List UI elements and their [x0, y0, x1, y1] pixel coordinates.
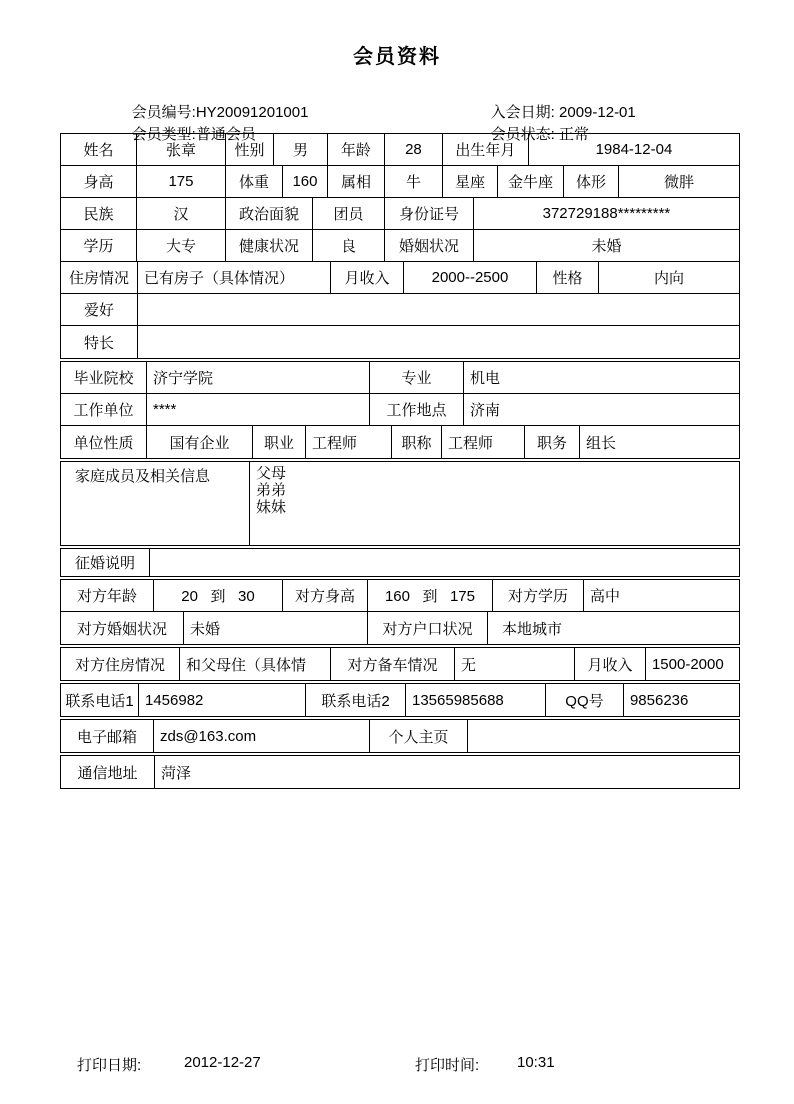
age-label: 年龄 — [328, 134, 385, 165]
form-group: 毕业院校济宁学院专业机电工作单位****工作地点济南单位性质国有企业职业工程师职… — [60, 361, 740, 459]
education-value: 大专 — [137, 230, 226, 261]
form-row: 对方住房情况和父母住（具体情对方备车情况无月收入1500-2000 — [61, 648, 739, 680]
health-label: 健康状况 — [226, 230, 313, 261]
name-value: 张章 — [137, 134, 226, 165]
id-number-label: 身份证号 — [385, 198, 474, 229]
form-row: 民族汉政治面貌团员身份证号372729188********* — [61, 198, 739, 230]
form-group: 电子邮箱zds@163.com个人主页 — [60, 719, 740, 753]
major-value: 机电 — [464, 362, 739, 393]
form-row: 工作单位****工作地点济南 — [61, 394, 739, 426]
form-group: 姓名张章性别男年龄28出生年月1984-12-04身高175体重160属相牛星座… — [60, 133, 740, 359]
form-row: 对方婚姻状况未婚对方户口状况本地城市 — [61, 612, 739, 644]
gender-value: 男 — [274, 134, 328, 165]
marriage-note-label: 征婚说明 — [61, 549, 150, 576]
phone2-label: 联系电话2 — [306, 684, 406, 716]
form-row: 住房情况已有房子（具体情况）月收入2000--2500性格内向 — [61, 262, 739, 294]
political-status-label: 政治面貌 — [226, 198, 313, 229]
form-row: 身高175体重160属相牛星座金牛座体形微胖 — [61, 166, 739, 198]
ethnicity-label: 民族 — [61, 198, 137, 229]
address-label: 通信地址 — [61, 756, 155, 788]
constellation-label: 星座 — [443, 166, 498, 197]
partner-residence-value: 本地城市 — [488, 612, 739, 644]
height-value: 175 — [137, 166, 226, 197]
form-group: 征婚说明 — [60, 548, 740, 577]
form-row: 学历大专健康状况良婚姻状况未婚 — [61, 230, 739, 262]
form-row: 毕业院校济宁学院专业机电 — [61, 362, 739, 394]
job-title-value: 工程师 — [442, 426, 525, 458]
email-label: 电子邮箱 — [61, 720, 154, 752]
political-status-value: 团员 — [313, 198, 385, 229]
print-time-label: 打印时间: — [415, 1054, 479, 1075]
partner-height-value: 160 到 175 — [368, 580, 493, 611]
partner-age-value: 20 到 30 — [154, 580, 283, 611]
height-label: 身高 — [61, 166, 137, 197]
partner-education-value: 高中 — [584, 580, 739, 611]
id-number-value: 372729188********* — [474, 198, 739, 229]
school-label: 毕业院校 — [61, 362, 147, 393]
partner-income-value: 1500-2000 — [646, 648, 739, 680]
birth-value: 1984-12-04 — [529, 134, 739, 165]
form-group: 对方年龄20 到 30对方身高160 到 175对方学历高中对方婚姻状况未婚对方… — [60, 579, 740, 645]
email-value: zds@163.com — [154, 720, 370, 752]
partner-height-label: 对方身高 — [283, 580, 368, 611]
employer-value: **** — [147, 394, 370, 425]
zodiac-value: 牛 — [385, 166, 443, 197]
body-type-label: 体形 — [564, 166, 619, 197]
partner-income-label: 月收入 — [575, 648, 646, 680]
address-value: 菏泽 — [155, 756, 739, 788]
form-row: 姓名张章性别男年龄28出生年月1984-12-04 — [61, 134, 739, 166]
personality-value: 内向 — [599, 262, 739, 293]
job-title-label: 职称 — [392, 426, 442, 458]
form-group: 对方住房情况和父母住（具体情对方备车情况无月收入1500-2000 — [60, 647, 740, 681]
form-row: 单位性质国有企业职业工程师职称工程师职务组长 — [61, 426, 739, 458]
form-row: 爱好 — [61, 294, 739, 326]
monthly-income-label: 月收入 — [331, 262, 404, 293]
hobby-value — [138, 294, 739, 325]
partner-marital-value: 未婚 — [184, 612, 368, 644]
partner-car-label: 对方备车情况 — [331, 648, 455, 680]
family-value: 父母弟弟妹妹 — [250, 462, 739, 545]
form-row: 对方年龄20 到 30对方身高160 到 175对方学历高中 — [61, 580, 739, 612]
work-place-value: 济南 — [464, 394, 739, 425]
weight-value: 160 — [283, 166, 328, 197]
marital-status-label: 婚姻状况 — [385, 230, 474, 261]
partner-age-label: 对方年龄 — [61, 580, 154, 611]
form-row: 家庭成员及相关信息父母弟弟妹妹 — [61, 462, 739, 545]
phone2-value: 13565985688 — [406, 684, 546, 716]
qq-label: QQ号 — [546, 684, 624, 716]
education-label: 学历 — [61, 230, 137, 261]
monthly-income-value: 2000--2500 — [404, 262, 537, 293]
phone1-value: 1456982 — [139, 684, 306, 716]
partner-housing-label: 对方住房情况 — [61, 648, 180, 680]
occupation-label: 职业 — [253, 426, 306, 458]
position-label: 职务 — [525, 426, 580, 458]
ethnicity-value: 汉 — [137, 198, 226, 229]
gender-label: 性别 — [226, 134, 274, 165]
partner-residence-label: 对方户口状况 — [368, 612, 488, 644]
phone1-label: 联系电话1 — [61, 684, 139, 716]
specialty-value — [138, 326, 739, 358]
print-time-value: 10:31 — [517, 1054, 555, 1071]
form-group: 家庭成员及相关信息父母弟弟妹妹 — [60, 461, 740, 546]
partner-car-value: 无 — [455, 648, 575, 680]
zodiac-label: 属相 — [328, 166, 385, 197]
occupation-value: 工程师 — [306, 426, 392, 458]
form-row: 电子邮箱zds@163.com个人主页 — [61, 720, 739, 752]
family-label: 家庭成员及相关信息 — [61, 462, 250, 545]
page-title: 会员资料 — [0, 40, 794, 69]
homepage-value — [468, 720, 739, 752]
homepage-label: 个人主页 — [370, 720, 468, 752]
form-group: 通信地址菏泽 — [60, 755, 740, 789]
form-group: 联系电话11456982联系电话213565985688QQ号9856236 — [60, 683, 740, 717]
hobby-label: 爱好 — [61, 294, 138, 325]
partner-marital-label: 对方婚姻状况 — [61, 612, 184, 644]
personality-label: 性格 — [537, 262, 599, 293]
name-label: 姓名 — [61, 134, 137, 165]
print-date-value: 2012-12-27 — [184, 1054, 261, 1071]
body-type-value: 微胖 — [619, 166, 739, 197]
form-row: 通信地址菏泽 — [61, 756, 739, 788]
employer-label: 工作单位 — [61, 394, 147, 425]
health-value: 良 — [313, 230, 385, 261]
qq-value: 9856236 — [624, 684, 739, 716]
position-value: 组长 — [580, 426, 739, 458]
employer-type-value: 国有企业 — [147, 426, 253, 458]
constellation-value: 金牛座 — [498, 166, 564, 197]
school-value: 济宁学院 — [147, 362, 370, 393]
age-value: 28 — [385, 134, 443, 165]
employer-type-label: 单位性质 — [61, 426, 147, 458]
weight-label: 体重 — [226, 166, 283, 197]
partner-housing-value: 和父母住（具体情 — [180, 648, 331, 680]
form-row: 征婚说明 — [61, 549, 739, 576]
housing-value: 已有房子（具体情况） — [138, 262, 331, 293]
work-place-label: 工作地点 — [370, 394, 464, 425]
housing-label: 住房情况 — [61, 262, 138, 293]
member-form-table: 姓名张章性别男年龄28出生年月1984-12-04身高175体重160属相牛星座… — [60, 133, 740, 791]
print-date-label: 打印日期: — [77, 1054, 141, 1075]
partner-education-label: 对方学历 — [493, 580, 584, 611]
specialty-label: 特长 — [61, 326, 138, 358]
marriage-note-value — [150, 549, 739, 576]
form-row: 特长 — [61, 326, 739, 358]
major-label: 专业 — [370, 362, 464, 393]
birth-label: 出生年月 — [443, 134, 529, 165]
form-row: 联系电话11456982联系电话213565985688QQ号9856236 — [61, 684, 739, 716]
marital-status-value: 未婚 — [474, 230, 739, 261]
